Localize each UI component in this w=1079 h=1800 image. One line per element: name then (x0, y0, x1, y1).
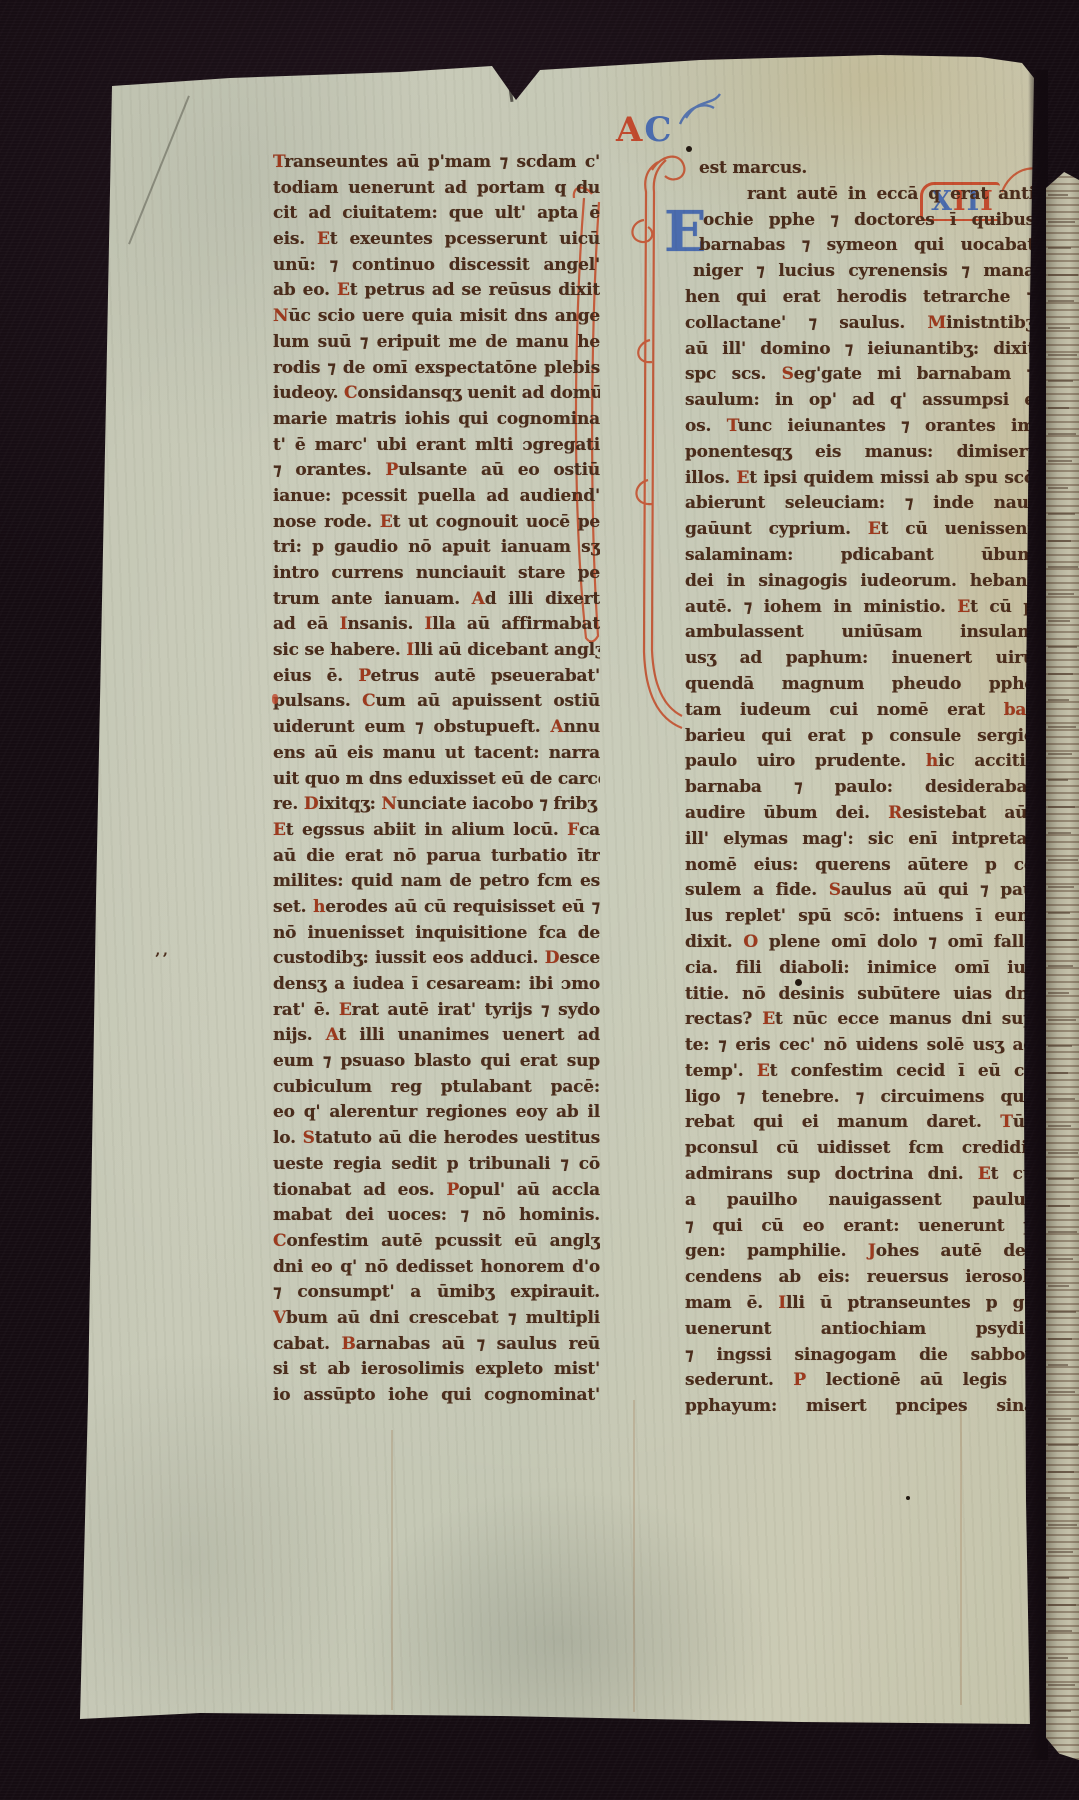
text-line: lum suū ⁊ eripuit me de manu he (273, 330, 600, 356)
fore-edge-text-trace (1048, 194, 1068, 196)
text-line: trum ante ianuam. Ad illi dixert (273, 587, 600, 613)
text-line: ⁊ qui cū eo erant: uenerunt p (685, 1214, 1035, 1240)
fore-edge-text-trace (1048, 912, 1070, 914)
fore-edge-text-trace (1048, 1551, 1073, 1553)
text-line: iudeoy. Considansqʒ uenit ad domū (273, 381, 600, 407)
ink-speck (686, 146, 692, 152)
text-line: illos. Et ipsi quidem missi ab spu scō (685, 466, 1035, 492)
fore-edge-text-trace (1048, 460, 1072, 462)
fore-edge-text-trace (1048, 673, 1073, 675)
text-line: milites: quid nam de petro fcm es (273, 869, 600, 895)
text-line: sulem a fide. Saulus aū qui ⁊ pau (685, 878, 1035, 904)
fore-edge-text-trace (1048, 221, 1075, 223)
text-line: tionabat ad eos. Popul' aū accla (273, 1178, 600, 1204)
gutter-shadow (1028, 70, 1048, 1760)
fore-edge-text-trace (1048, 1497, 1070, 1499)
text-line: gaūunt cyprium. Et cū uenissent (685, 517, 1035, 543)
fore-edge-text-trace (1048, 274, 1078, 276)
fore-edge-text-trace (1048, 1258, 1073, 1260)
fore-edge-text-trace (1048, 1072, 1068, 1074)
text-line: tri: p gaudio nō apuit ianuam sʒ (273, 535, 600, 561)
text-line: aū ill' domino ⁊ ieiunantibʒ: dixit (685, 337, 1035, 363)
text-line: a pauilho nauigassent paulus (685, 1188, 1035, 1214)
text-line: nose rode. Et ut cognouit uocē pe (273, 510, 600, 536)
text-line: cendens ab eis: reuersus ierosoli (685, 1265, 1035, 1291)
text-line: marie matris iohis qui cognomina (273, 407, 600, 433)
fore-edge-text-trace (1048, 1710, 1071, 1712)
text-line: collactane' ⁊ saulus. Ministntibʒ (685, 311, 1035, 337)
ink-speck (906, 1496, 910, 1500)
fore-edge-text-trace (1048, 726, 1076, 728)
fore-edge-text-trace (1048, 566, 1078, 568)
fore-edge-text-trace (1048, 620, 1070, 622)
text-line: t' ē marc' ubi erant mlti ɔgregati (273, 433, 600, 459)
fore-edge-text-trace (1048, 1152, 1078, 1154)
fore-edge-text-trace (1048, 1364, 1068, 1366)
text-line: pulsans. Cum aū apuissent ostiū (273, 689, 600, 715)
text-line: ianue: pcessit puella ad audiend' (273, 484, 600, 510)
text-line: ueste regia sedit p tribunali ⁊ cō (273, 1152, 600, 1178)
ruling-line (391, 1430, 393, 1710)
text-line: ab eo. Et petrus ad se reūsus dixit (273, 278, 600, 304)
fore-edge-text-trace (1048, 1391, 1075, 1393)
fore-edge-text-trace (1048, 886, 1074, 888)
text-line: ⁊ orantes. Pulsante aū eo ostiū (273, 458, 600, 484)
text-line: rat' ē. Erat autē irat' tyrijs ⁊ sydo (273, 998, 600, 1024)
fore-edge-text-trace (1048, 1444, 1078, 1446)
ruling-line (960, 1400, 962, 1705)
text-line: rodis ⁊ de omī exspectatōne plebis (273, 356, 600, 382)
text-line: nomē eius: querens aūtere p cō (685, 853, 1035, 879)
fore-edge-text-trace (1048, 1098, 1075, 1100)
text-line: uiderunt eum ⁊ obstupueft. Annu (273, 715, 600, 741)
fore-edge-text-trace (1048, 1311, 1076, 1313)
fore-edge-text-trace (1048, 1684, 1075, 1686)
text-line: tam iudeum cui nomē erat bar (685, 698, 1035, 724)
text-line: set. herodes aū cū requisisset eū ⁊ (273, 895, 600, 921)
text-line: est marcus. (685, 156, 1035, 182)
top-edge-tear (506, 66, 514, 102)
text-line: ambulassent uniūsam insulam (685, 620, 1035, 646)
text-line: si st ab ierosolimis expleto mist' (273, 1357, 600, 1383)
fore-edge-text-trace (1048, 832, 1071, 834)
text-line: uenerunt antiochiam psydie (685, 1317, 1035, 1343)
fore-edge-text-trace (1048, 1178, 1074, 1180)
text-line: abierunt seleuciam: ⁊ inde naui (685, 491, 1035, 517)
fore-edge-text-trace (1048, 540, 1071, 542)
fore-edge-text-trace (1048, 407, 1069, 409)
text-line: rectas? Et nūc ecce manus dni sup (685, 1007, 1035, 1033)
text-line: eum ⁊ psuaso blasto qui erat sup (273, 1049, 600, 1075)
text-line: ochie pphe ⁊ doctores ī quibus (685, 208, 1035, 234)
text-line: cia. fili diaboli: inimice omī ius (685, 956, 1035, 982)
fore-edge-text-trace (1048, 965, 1073, 967)
fore-edge-text-trace (1048, 859, 1078, 861)
text-line: todiam uenerunt ad portam q du (273, 176, 600, 202)
text-line: mam ē. Illi ū ptranseuntes p ge (685, 1291, 1035, 1317)
fore-edge-text-trace (1048, 354, 1077, 356)
text-line: intro currens nunciauit stare pe (273, 561, 600, 587)
fore-edge-text-trace (1048, 1471, 1074, 1473)
text-line: barieu qui erat p consule sergio (685, 724, 1035, 750)
text-line: cabat. Barnabas aū ⁊ saulus reū (273, 1332, 600, 1358)
fore-edge-text-trace (1048, 487, 1068, 489)
fore-edge-text-trace (1048, 939, 1077, 941)
text-line: niger ⁊ lucius cyrenensis ⁊ mana (685, 259, 1035, 285)
text-line: ens aū eis manu ut tacent: narra (273, 741, 600, 767)
ruling-line (633, 1400, 635, 1712)
column-left: Transeuntes aū p'mam ⁊ scdam c'todiam ue… (273, 150, 600, 1409)
text-line: mabat dei uoces: ⁊ nō hominis. (273, 1203, 600, 1229)
text-line: eo q' alerentur regiones eoy ab il (273, 1100, 600, 1126)
text-line: ligo ⁊ tenebre. ⁊ circuimens que (685, 1085, 1035, 1111)
fore-edge-text-trace (1048, 1045, 1072, 1047)
text-line: ⁊ ingssi sinagogam die sabboy (685, 1343, 1035, 1369)
fore-edge-text-trace (1048, 1524, 1077, 1526)
fore-edge-text-trace (1048, 646, 1077, 648)
text-line: ⁊ consumpt' a ūmibʒ expirauit. (273, 1280, 600, 1306)
manuscript-page: AC XIII E (0, 0, 1079, 1800)
text-line: gen: pamphilie. Johes autē des (685, 1239, 1035, 1265)
text-line: custodibʒ: iussit eos adduci. Desce (273, 946, 600, 972)
text-line: paulo uiro prudente. hic accitis (685, 749, 1035, 775)
text-line: os. Tunc ieiunantes ⁊ orantes im (685, 414, 1035, 440)
text-line: uit quo m dns eduxisset eū de carce (273, 767, 600, 793)
fore-edge-text-trace (1048, 247, 1071, 249)
fore-edge-text-trace (1048, 1205, 1070, 1207)
text-line: eis. Et exeuntes pcesserunt uicū (273, 227, 600, 253)
fore-edge-text-trace (1048, 433, 1076, 435)
text-line: Vbum aū dni crescebat ⁊ multipli (273, 1306, 600, 1332)
text-line: pphayum: misert pncipes sina (685, 1394, 1035, 1420)
text-line: sic se habere. Illi aū dicebant anglʒ (273, 638, 600, 664)
fore-edge-text-trace (1048, 1577, 1069, 1579)
fore-edge-text-trace (1048, 1604, 1076, 1606)
text-line: sederunt. P lectionē aū legis ⁊ (685, 1368, 1035, 1394)
fore-edge-text-trace (1048, 513, 1075, 515)
text-line: unū: ⁊ continuo discessit angel' (273, 253, 600, 279)
running-title: AC (616, 110, 673, 150)
text-line: rant autē in eccā q erat anti (685, 182, 1035, 208)
text-line: dixit. O plene omī dolo ⁊ omī falla (685, 930, 1035, 956)
text-line: usʒ ad paphum: inuenert uirū (685, 646, 1035, 672)
fore-edge-text-trace (1048, 1657, 1068, 1659)
fore-edge-text-trace (1048, 1019, 1076, 1021)
next-folio-fore-edge (1046, 172, 1079, 1760)
text-line: rebat qui ei manum daret. Tūc (685, 1110, 1035, 1136)
text-line: barnabas ⁊ symeon qui uocabat (685, 233, 1035, 259)
photograph-background: AC XIII E (0, 0, 1079, 1800)
fore-edge-text-trace (1048, 593, 1074, 595)
text-line: nō inuenisset inquisitione fca de (273, 921, 600, 947)
fore-edge-text-trace (1048, 1418, 1071, 1420)
fore-edge-text-trace (1048, 699, 1069, 701)
text-line: titie. nō desinis subūtere uias dni (685, 982, 1035, 1008)
text-line: io assūpto iohe qui cognominat' (273, 1383, 600, 1409)
text-line: nijs. At illi unanimes uenert ad (273, 1023, 600, 1049)
text-line: Et egssus abiit in alium locū. Fca (273, 818, 600, 844)
display-letter: C (644, 110, 673, 150)
corner-crease (128, 95, 190, 244)
text-line: Nūc scio uere quia misit dns ange (273, 304, 600, 330)
text-line: Confestim autē pcussit eū anglʒ (273, 1229, 600, 1255)
fore-edge-text-trace (1048, 1285, 1069, 1287)
column-right: est marcus.rant autē in eccā q erat anti… (685, 156, 1035, 1420)
text-line: autē. ⁊ iohem in ministio. Et cū p (685, 595, 1035, 621)
text-line: hen qui erat herodis tetrarche ⁊ (685, 285, 1035, 311)
text-line: ponentesqʒ eis manus: dimisert (685, 440, 1035, 466)
display-letter: A (616, 110, 644, 150)
margin-correction-mark: ‚‚ (155, 940, 170, 959)
text-line: salaminam: pdicabant ūbum (685, 543, 1035, 569)
text-line: Transeuntes aū p'mam ⁊ scdam c' (273, 150, 600, 176)
text-line: lo. Statuto aū die herodes uestitus (273, 1126, 600, 1152)
fore-edge-text-trace (1048, 992, 1069, 994)
text-line: admirans sup doctrina dni. Et cū (685, 1162, 1035, 1188)
text-line: lus replet' spū scō: intuens ī eum (685, 904, 1035, 930)
text-line: densʒ a iudea ī cesaream: ibi ɔmo (273, 972, 600, 998)
fore-edge-text-trace (1048, 1231, 1077, 1233)
fore-edge-text-trace (1048, 753, 1072, 755)
text-line: ad eā Insanis. Illa aū affirmabat (273, 612, 600, 638)
text-line: barnaba ⁊ paulo: desiderabat (685, 775, 1035, 801)
text-line: aū die erat nō parua turbatio ītr (273, 844, 600, 870)
text-line: pconsul cū uidisset fcm credidit (685, 1136, 1035, 1162)
fore-edge-text-trace (1048, 1630, 1072, 1632)
text-line: audire ūbum dei. Resistebat aūt (685, 801, 1035, 827)
fore-edge-text-trace (1048, 1125, 1071, 1127)
fore-edge-text-trace (1048, 1338, 1072, 1340)
text-line: saulum: in op' ad q' assumpsi e (685, 388, 1035, 414)
text-line: cit ad ciuitatem: que ult' apta ē (273, 201, 600, 227)
text-line: dni eo q' nō dedisset honorem d'o (273, 1255, 600, 1281)
text-line: spc scs. Seg'gate mi barnabam ⁊ (685, 362, 1035, 388)
text-line: cubiculum reg ptulabant pacē: (273, 1075, 600, 1101)
margin-red-dot (272, 694, 278, 704)
fore-edge-text-trace (1048, 300, 1074, 302)
text-line: te: ⁊ eris cec' nō uidens solē usʒ ad (685, 1033, 1035, 1059)
text-line: temp'. Et confestim cecid ī eū ca (685, 1059, 1035, 1085)
text-line: dei in sinagogis iudeorum. hebant (685, 569, 1035, 595)
fore-edge-text-trace (1048, 380, 1073, 382)
fore-edge-text-trace (1048, 327, 1070, 329)
fore-edge-text-trace (1048, 779, 1068, 781)
text-line: re. Dixitqʒ: Nunciate iacobo ⁊ fribʒ h (273, 792, 600, 818)
fore-edge-text-trace (1048, 806, 1075, 808)
text-line: ill' elymas mag': sic enī intpretat (685, 827, 1035, 853)
text-line: quendā magnum pheudo pphe (685, 672, 1035, 698)
text-line: eius ē. Petrus autē pseuerabat' (273, 664, 600, 690)
